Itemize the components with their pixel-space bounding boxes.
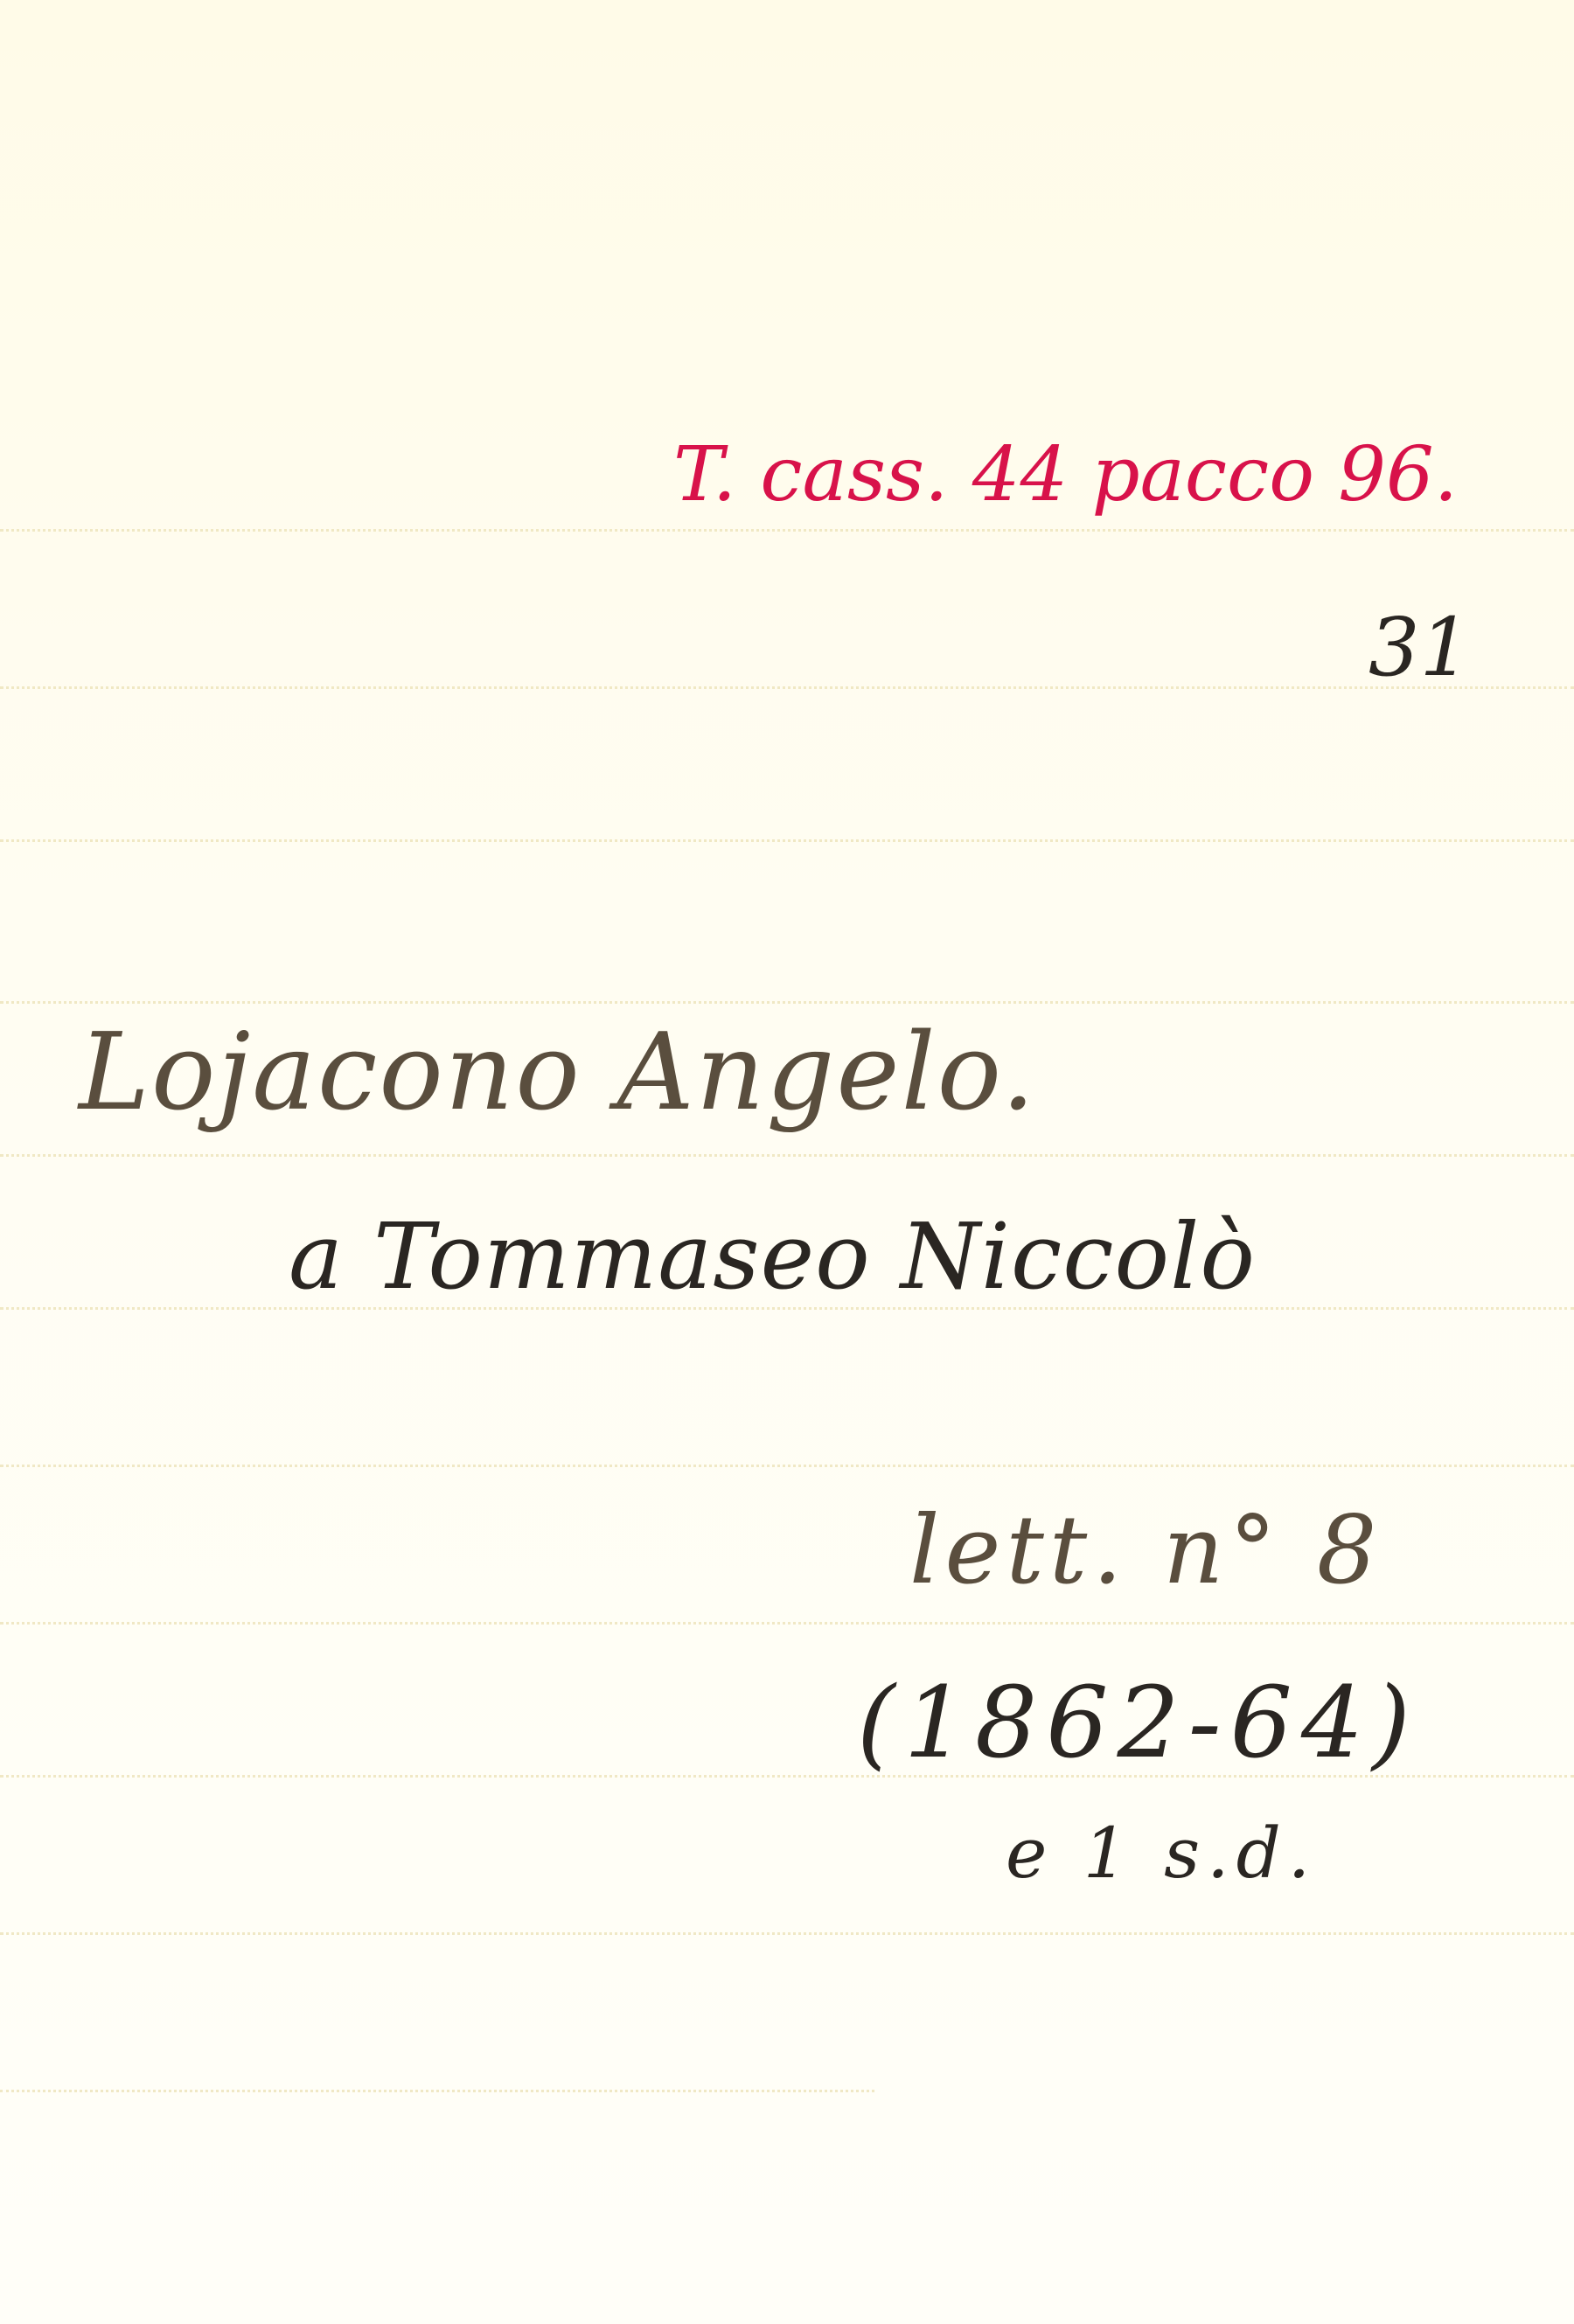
- ruled-line: [0, 1154, 1574, 1157]
- ruled-line: [0, 686, 1574, 689]
- ruled-line: [0, 2090, 874, 2092]
- item-number: 31: [1369, 608, 1471, 688]
- ruled-line: [0, 839, 1574, 842]
- undated-note: e 1 s.d.: [1006, 1819, 1317, 1889]
- shelfmark: T. cass. 44 pacco 96.: [673, 437, 1458, 512]
- index-card: T. cass. 44 pacco 96. 31 Lojacono Angelo…: [0, 0, 1574, 2324]
- ruled-line: [0, 1622, 1574, 1625]
- recipient-name: a Tommaseo Niccolò: [289, 1211, 1256, 1302]
- date-range: (1862-64): [857, 1674, 1419, 1772]
- letter-count: lett. n° 8: [909, 1504, 1382, 1598]
- ruled-line: [0, 1001, 1574, 1004]
- ruled-line: [0, 1465, 1574, 1467]
- ruled-line: [0, 1932, 1574, 1935]
- ruled-line: [0, 529, 1574, 532]
- author-name: Lojacono Angelo.: [79, 1019, 1037, 1125]
